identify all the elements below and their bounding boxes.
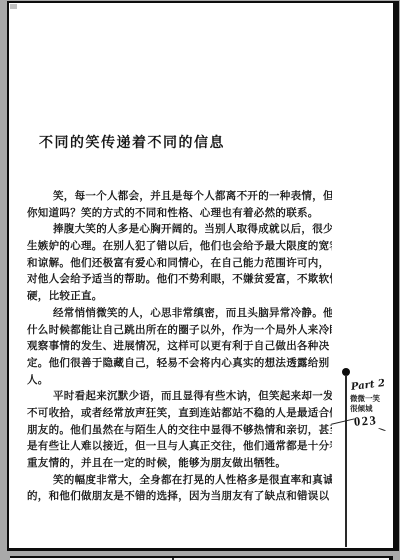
section-title: 不同的笑传递着不同的信息	[39, 132, 225, 152]
text-line: 是有些让人难以接近，但一旦与人真正交往，他们通常都是十分看	[27, 439, 332, 456]
part-title: 微微一笑 很倾城	[350, 394, 380, 414]
text-line: 笑的幅度非常大，全身都在打晃的人性格多是很直率和真诚	[27, 473, 332, 490]
part-marker-vertical-rule	[345, 375, 347, 547]
scan-corner-artifact	[10, 4, 17, 9]
text-line: 人。	[27, 373, 332, 390]
text-line: 经常悄悄微笑的人，心思非常缜密，而且头脑异常冷静。他们	[27, 306, 332, 323]
next-page-edge	[10, 556, 393, 560]
text-line: 生嫉妒的心理。在别人犯了错以后，他们也会给予最大限度的宽容	[27, 239, 332, 256]
text-line: 观察事情的发生、进展情况，这样可以更有利于自己做出各种决	[27, 339, 332, 356]
text-line: 什么时候都能让自己跳出所在的圈子以外，作为一个局外人来冷眼	[27, 323, 332, 340]
text-line: 硬，比较正直。	[27, 289, 332, 306]
text-line: 对他人会给予适当的帮助。他们不势利眼，不嫌贫爱富，不欺软怕	[27, 272, 332, 289]
page-number: 023	[354, 413, 378, 430]
text-line: 平时看起来沉默少语，而且显得有些木讷，但笑起来却一发而	[27, 389, 332, 406]
text-line: 不可收拾，或者经常放声狂笑，直到连站都站不稳的人是最适合做	[27, 406, 332, 423]
text-line: 笑，每一个人都会，并且是每个人都离不开的一种表情，但是	[27, 189, 332, 206]
text-line: 捧腹大笑的人多是心胸开阔的。当别人取得成就以后，很少产	[27, 222, 332, 239]
text-line: 和谅解。他们还极富有爱心和同情心，在自己能力范围许可内，	[27, 256, 332, 273]
part-title-line1: 微微一笑	[350, 394, 380, 404]
text-line: 定。他们很善于隐藏自己，轻易不会将内心真实的想法透露给别	[27, 356, 332, 373]
text-line: 重友情的，并且在一定的时候，能够为朋友做出牺牲。	[27, 456, 332, 473]
text-line: 的，和他们做朋友是不错的选择，因为当朋友有了缺点和错误以	[27, 489, 332, 506]
body-text: 笑，每一个人都会，并且是每个人都离不开的一种表情，但是你知道吗？笑的方式的不同和…	[27, 189, 332, 506]
text-line: 朋友的。他们虽然在与陌生人的交往中显得不够热情和亲切，甚至	[27, 423, 332, 440]
scanned-book-view: 不同的笑传递着不同的信息 笑，每一个人都会，并且是每个人都离不开的一种表情，但是…	[0, 0, 400, 560]
text-line: 你知道吗？笑的方式的不同和性格、心理也有着必然的联系。	[27, 206, 332, 223]
